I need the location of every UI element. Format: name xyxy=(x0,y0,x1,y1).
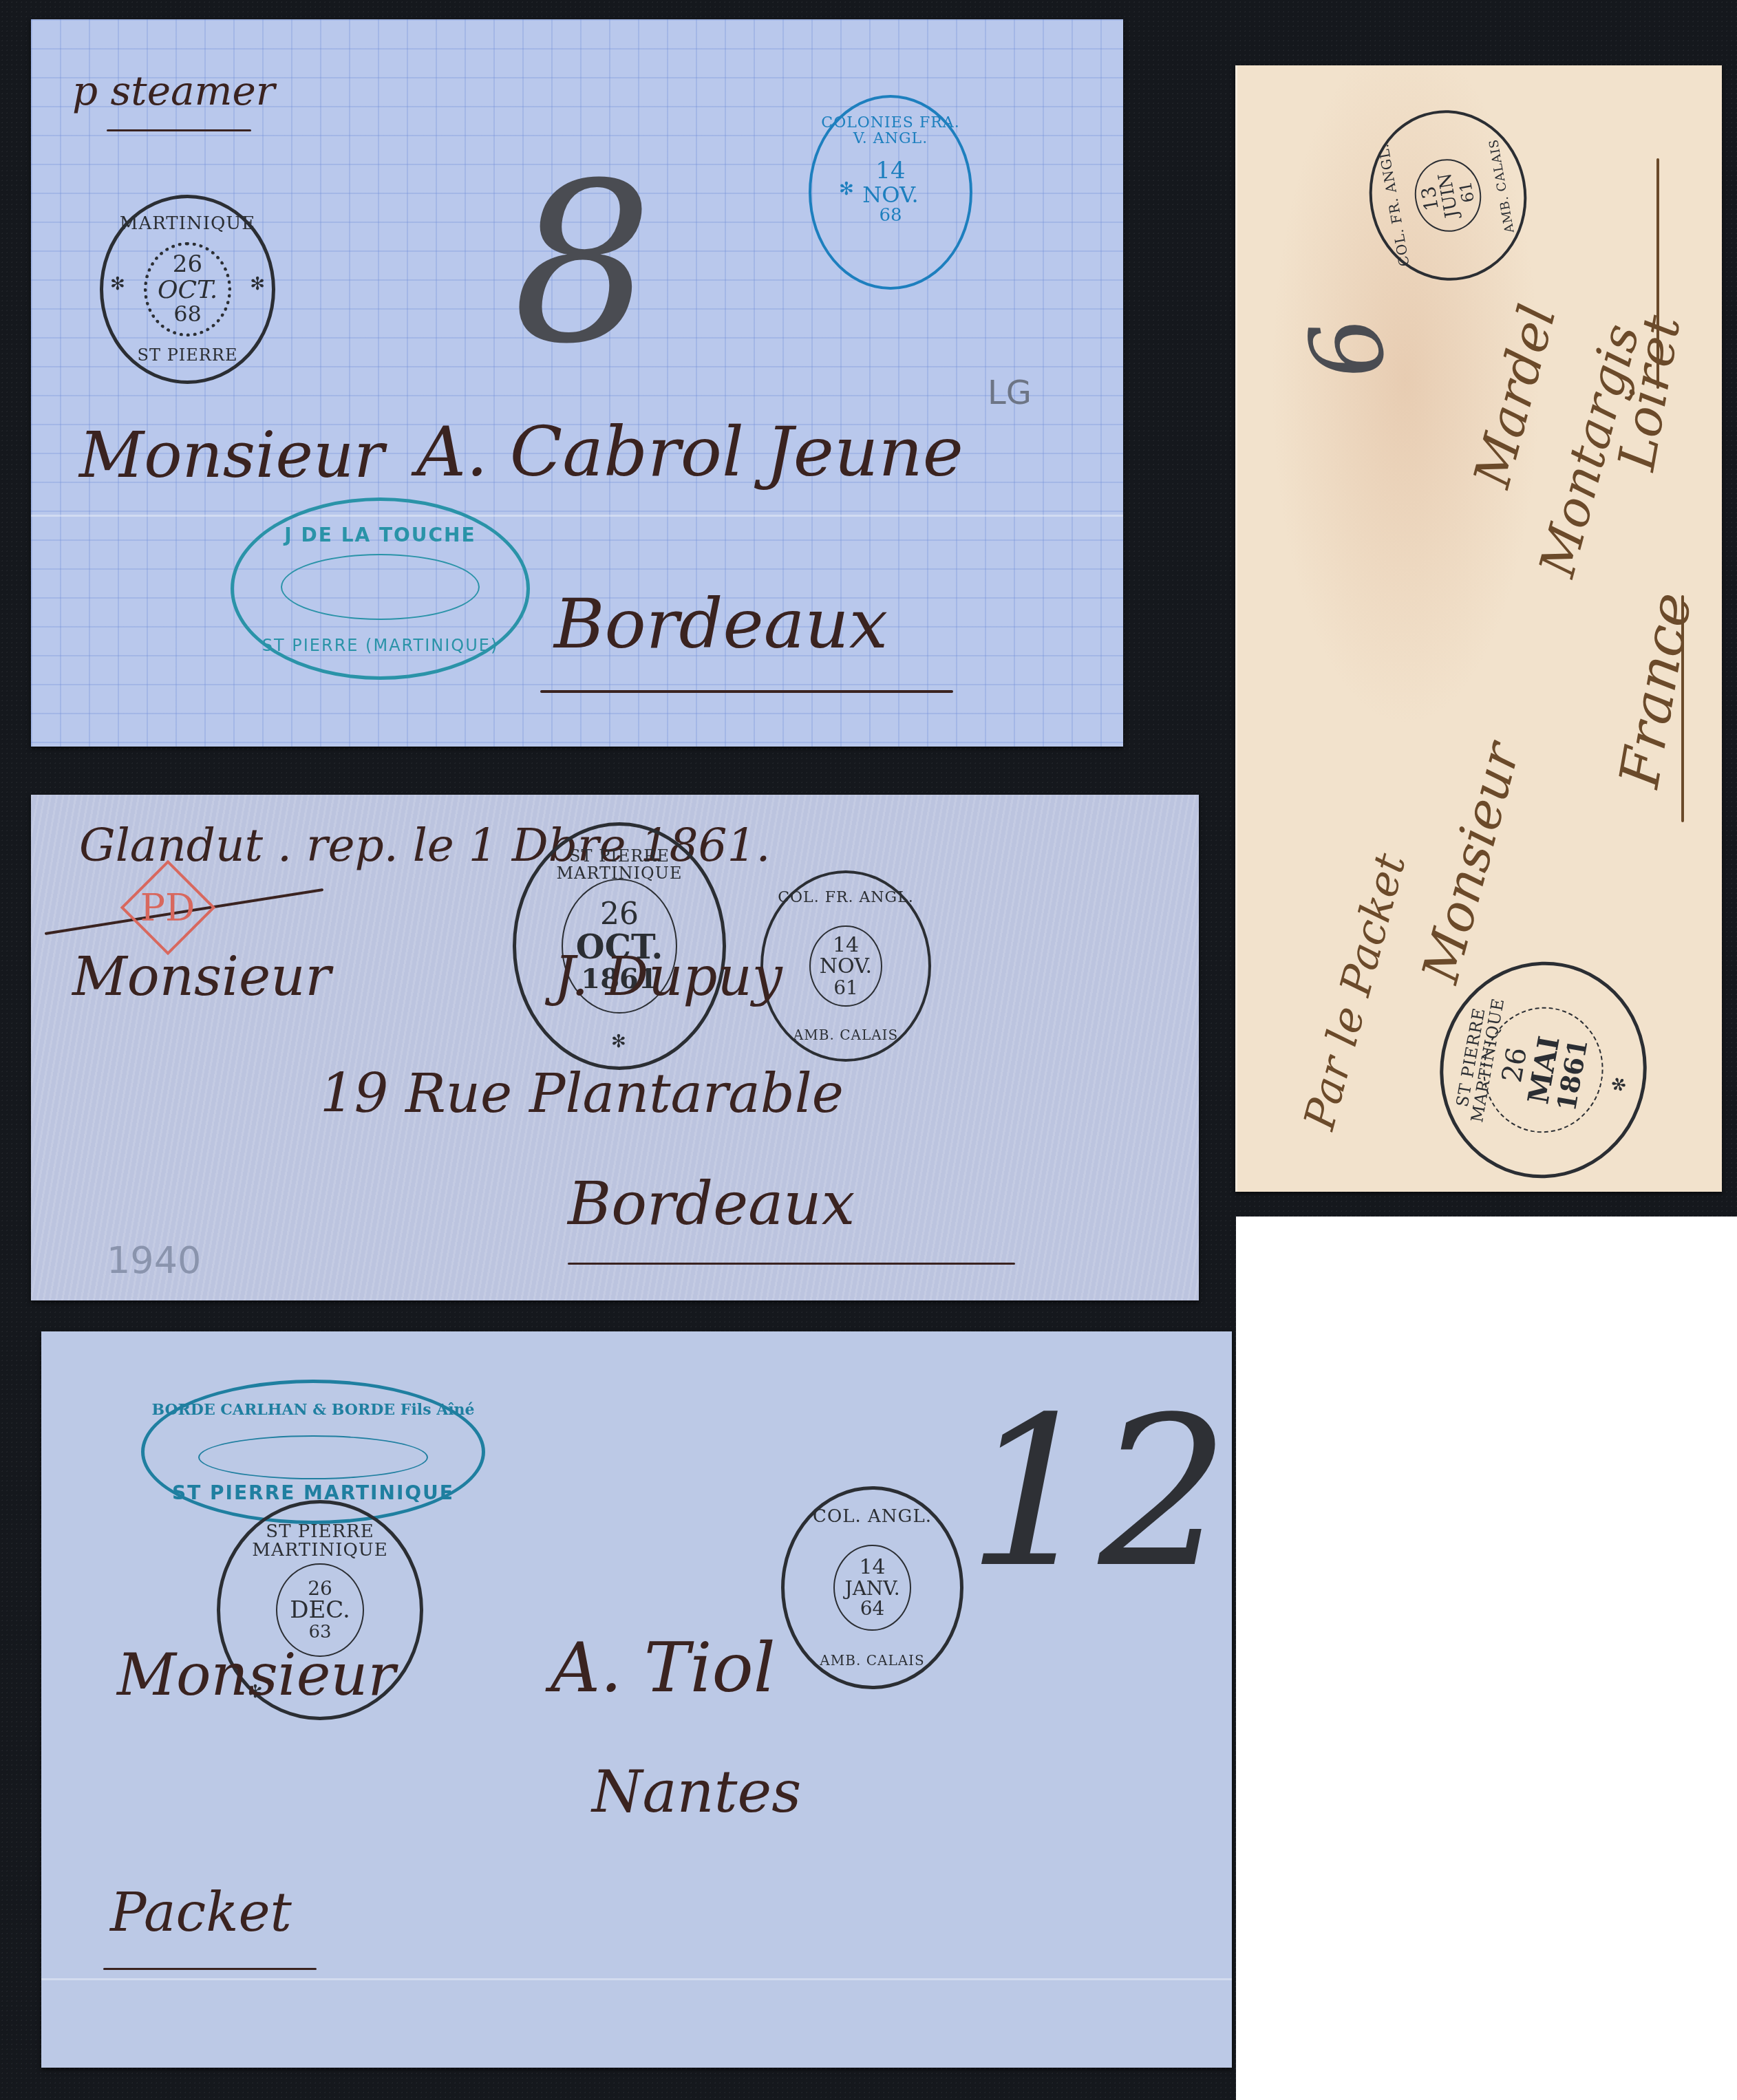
postmark-col-angl-calais: COL. ANGL. 14 JANV. 64 AMB. CALAIS xyxy=(781,1486,963,1689)
address-name: J. Dupuy xyxy=(554,946,782,1008)
blank-area xyxy=(1236,1217,1737,2100)
star-ornament-icon: ✻ xyxy=(110,275,125,294)
address-salutation: Monsieur xyxy=(117,1641,396,1708)
cover-1: p steamer MARTINIQUE 26 OCT. 68 ST PIERR… xyxy=(31,19,1123,747)
endorsement-underline xyxy=(103,1968,317,1970)
dept-underline xyxy=(1656,158,1659,389)
city-underline xyxy=(540,690,953,693)
city-underline xyxy=(568,1263,1015,1265)
endorsement-underline xyxy=(107,129,251,131)
address-salutation: Monsieur xyxy=(1411,737,1531,989)
country-underline xyxy=(1681,595,1684,822)
postmark-col-fr-angl-calais: COL. FR. ANGL. 14 NOV. 61 AMB. CALAIS xyxy=(760,870,931,1062)
star-ornament-icon: ✻ xyxy=(611,1033,626,1051)
endorsement: p steamer xyxy=(72,67,275,114)
star-ornament-icon: ✻ xyxy=(1610,1075,1631,1093)
cover-4: BORDE CARLHAN & BORDE Fils Aîné ST PIERR… xyxy=(41,1331,1232,2068)
postmark-colonies-fra-v-angl: COLONIES FRA. V. ANGL. 14 NOV. 68 ✻ xyxy=(809,95,972,290)
address-city: Bordeaux xyxy=(568,1170,855,1239)
address-street: 19 Rue Plantarable xyxy=(320,1063,844,1125)
rate-mark: 12 xyxy=(967,1373,1230,1613)
cover-3: COL. FR. ANGL. 13 JUIN 61 AMB. CALAIS 6 … xyxy=(1235,65,1722,1192)
endorsement: Packet xyxy=(110,1882,292,1944)
fold-line xyxy=(41,1978,1232,1980)
fold-line xyxy=(31,515,1123,517)
address-name: A. Cabrol Jeune xyxy=(416,411,963,492)
postmark-martinique-st-pierre: MARTINIQUE 26 OCT. 68 ST PIERRE ✻ ✻ xyxy=(100,195,275,384)
address-name: A. Tiol xyxy=(551,1627,776,1708)
pencil-note: LG xyxy=(988,374,1032,412)
star-ornament-icon: ✻ xyxy=(250,275,265,294)
boxed-pd-mark: PD xyxy=(120,860,216,956)
address-city: Bordeaux xyxy=(554,583,888,664)
address-salutation: Monsieur xyxy=(79,418,384,492)
cover-2: Glandut . rep. le 1 Dbre 1861. PD ST PIE… xyxy=(31,795,1199,1300)
address-salutation: Monsieur xyxy=(72,946,331,1008)
rate-mark: 6 xyxy=(1288,308,1409,388)
handstamp-de-la-touche: J DE LA TOUCHE ST PIERRE (MARTINIQUE) xyxy=(231,497,530,680)
fold-line xyxy=(1235,65,1237,1192)
address-name: Mardel xyxy=(1462,299,1568,493)
star-ornament-icon: ✻ xyxy=(839,180,854,199)
endorsement: Par le Packet xyxy=(1294,848,1416,1135)
pencil-note: 1940 xyxy=(107,1239,201,1282)
address-city: Nantes xyxy=(592,1758,801,1825)
rate-mark: 8 xyxy=(513,136,653,392)
postmark-col-fr-angl-calais: COL. FR. ANGL. 13 JUIN 61 AMB. CALAIS xyxy=(1356,98,1540,293)
address-country: France xyxy=(1607,588,1704,792)
